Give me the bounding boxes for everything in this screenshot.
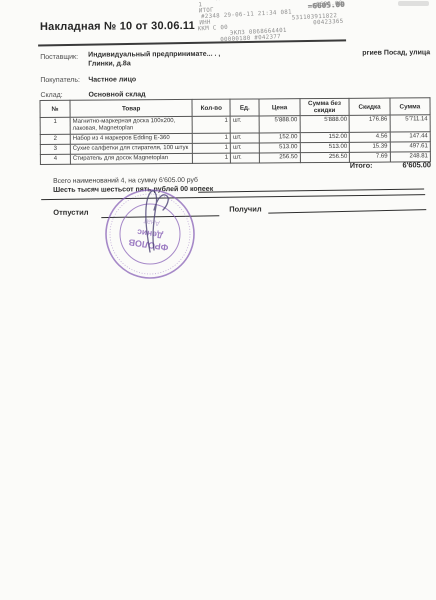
cell-discount: 176.86 [350,115,390,132]
cell-sum-before-discount: 152.00 [300,132,350,142]
col-header-num: № [40,100,70,117]
cell-unit: шт. [230,133,259,143]
col-header-sum: Сумма [390,98,430,115]
col-header-price: Цена [259,99,299,116]
cell-name: Магнитно-маркерная доска 100x200, лакова… [70,116,192,134]
cell-num: 3 [40,144,70,154]
receipt-total-bold: =6605.00 [307,2,344,10]
cell-discount: 15.39 [350,142,390,152]
totals-row: Итого: 6'605.00 [40,160,431,172]
cell-sum: 5'711.14 [390,115,430,132]
cell-qty: 1 [193,133,231,143]
items-count-line: Всего наименований 4, на сумму 6'605.00 … [53,177,198,185]
received-signature-line [268,209,426,214]
cell-sum: 497.61 [390,142,430,152]
cell-discount: 4.56 [350,132,390,142]
cell-price: 5'888.00 [259,116,299,133]
buyer-label: Покупатель: [40,77,80,84]
ink-stamp: ФРОЛОВ Денис Анат [100,186,200,286]
cell-sum-before-discount: 513.00 [300,142,350,152]
supplier-label: Поставщик: [40,54,78,61]
supplier-value-right: ргиев Посад, улица [362,49,430,56]
cell-unit: шт. [230,116,259,133]
cell-price: 152.00 [260,133,300,143]
col-header-qty: Кол-во [192,99,230,116]
supplier-value-line1: Индивидуальный предпринимате... . , ргие… [88,49,430,58]
items-table: № Товар Кол-во Ед. Цена Сумма без скидки… [39,97,430,165]
total-label: Итого: [350,161,373,170]
cell-num: 1 [40,117,70,134]
cell-num: 2 [40,134,70,144]
cell-sum: 147.44 [390,132,430,142]
cell-qty: 1 [193,143,231,153]
cell-unit: шт. [230,143,259,153]
col-header-sum-before-discount: Сумма без скидки [300,98,350,115]
supplier-value-left: Индивидуальный предпринимате... . , [88,51,220,59]
released-by-label: Отпустил [53,208,88,217]
invoice-document: Накладная № 10 от 30.06.11 Поставщик: Ин… [0,0,436,600]
col-header-discount: Скидка [349,98,389,115]
amount-words-rule [198,189,424,193]
warehouse-label: Склад: [40,92,62,99]
stamp-patronymic: Анат [142,217,160,228]
col-header-unit: Ед. [230,99,259,116]
received-by-label: Получил [229,204,261,213]
items-tbody: 1 Магнитно-маркерная доска 100x200, лако… [40,115,430,165]
cell-price: 513.00 [260,143,300,153]
receipt-kkm-label: ККМ С 00 [198,25,229,33]
section-divider-rule [41,194,425,200]
scanned-invoice-page: ДОБРО ПОЖАЛОВАТЬ ! 1 ИТОГ =6605.00 =6605… [0,0,436,600]
supplier-value-line2: Глинки, д.8а [88,60,131,67]
cell-qty: 1 [192,116,230,133]
total-value: 6'605.00 [402,160,431,169]
col-header-name: Товар [70,99,192,117]
cell-sum-before-discount: 5'888.00 [300,115,350,132]
warehouse-value: Основной склад [88,91,145,98]
invoice-title: Накладная № 10 от 30.06.11 [40,20,195,33]
buyer-value: Частное лицо [88,76,136,83]
